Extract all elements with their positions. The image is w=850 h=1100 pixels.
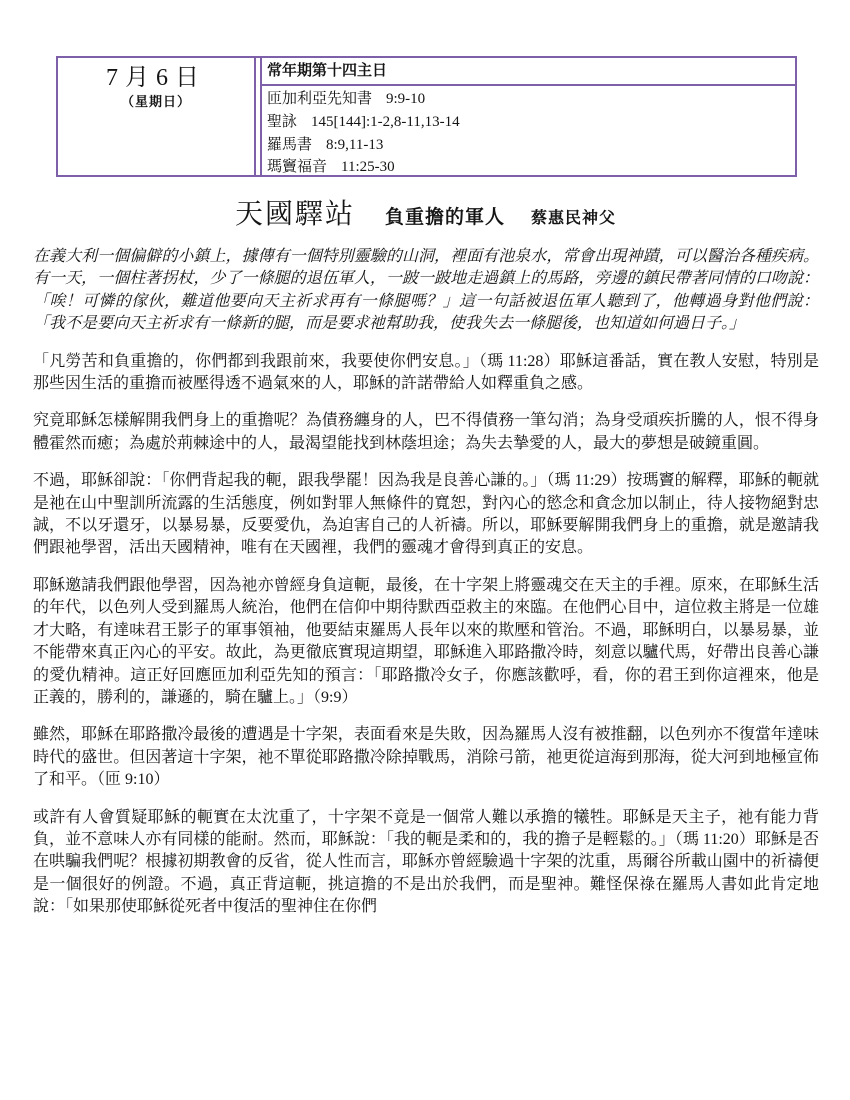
reading-reference: 9:9-10 — [386, 91, 425, 107]
paragraph: 或許有人會質疑耶穌的軛實在太沈重了，十字架不竟是一個常人難以承擔的犧牲。耶穌是天… — [33, 807, 819, 919]
paragraph: 雖然，耶穌在耶路撒冷最後的遭遇是十字架，表面看來是失敗，因為羅馬人沒有被推翻，以… — [33, 724, 819, 791]
feast-title: 常年期第十四主日 — [262, 58, 795, 86]
reading-reference: 8:9,11-13 — [326, 137, 383, 153]
readings-column: 常年期第十四主日 匝加利亞先知書9:9-10聖詠145[144]:1-2,8-1… — [260, 58, 795, 175]
reading-item: 聖詠145[144]:1-2,8-11,13-14 — [267, 111, 795, 134]
article-body: 在義大利一個偏僻的小鎮上，據傳有一個特別靈驗的山洞，裡面有池泉水，常會出現神蹟，… — [33, 246, 819, 934]
reading-reference: 11:25-30 — [341, 159, 395, 175]
paragraph: 在義大利一個偏僻的小鎮上，據傳有一個特別靈驗的山洞，裡面有池泉水，常會出現神蹟，… — [33, 246, 819, 336]
paragraph: 耶穌邀請我們跟他學習，因為祂亦曾經身負這軛，最後，在十字架上將靈魂交在天主的手裡… — [33, 575, 819, 709]
paragraph: 究竟耶穌怎樣解開我們身上的重擔呢？為債務纏身的人，巴不得債務一筆勾消；為身受頑疾… — [33, 410, 819, 455]
readings-list: 匝加利亞先知書9:9-10聖詠145[144]:1-2,8-11,13-14羅馬… — [262, 86, 795, 179]
date-text: 7月6日 — [58, 63, 254, 93]
reading-item: 羅馬書8:9,11-13 — [267, 134, 795, 157]
liturgical-header-table: 7月6日 （星期日） 常年期第十四主日 匝加利亞先知書9:9-10聖詠145[1… — [56, 56, 797, 177]
reading-reference: 145[144]:1-2,8-11,13-14 — [311, 114, 460, 130]
reading-book: 聖詠 — [267, 114, 297, 130]
date-cell: 7月6日 （星期日） — [58, 58, 256, 175]
weekday-text: （星期日） — [58, 93, 254, 111]
paragraph: 「凡勞苦和負重擔的，你們都到我跟前來，我要使你們安息。」（瑪 11:28）耶穌這… — [33, 351, 819, 396]
reading-item: 瑪竇福音11:25-30 — [267, 156, 795, 179]
article-title-line: 天國驛站負重擔的軍人蔡惠民神父 — [33, 192, 818, 232]
reading-item: 匝加利亞先知書9:9-10 — [267, 88, 795, 111]
article-title: 天國驛站 — [235, 199, 355, 230]
article-subtitle: 負重擔的軍人 — [385, 207, 505, 228]
reading-book: 羅馬書 — [267, 137, 312, 153]
article-author: 蔡惠民神父 — [531, 210, 616, 227]
reading-book: 瑪竇福音 — [267, 159, 327, 175]
reading-book: 匝加利亞先知書 — [267, 91, 372, 107]
paragraph: 不過，耶穌卻說：「你們背起我的軛，跟我學罷！因為我是良善心謙的。」（瑪 11:2… — [33, 470, 819, 560]
